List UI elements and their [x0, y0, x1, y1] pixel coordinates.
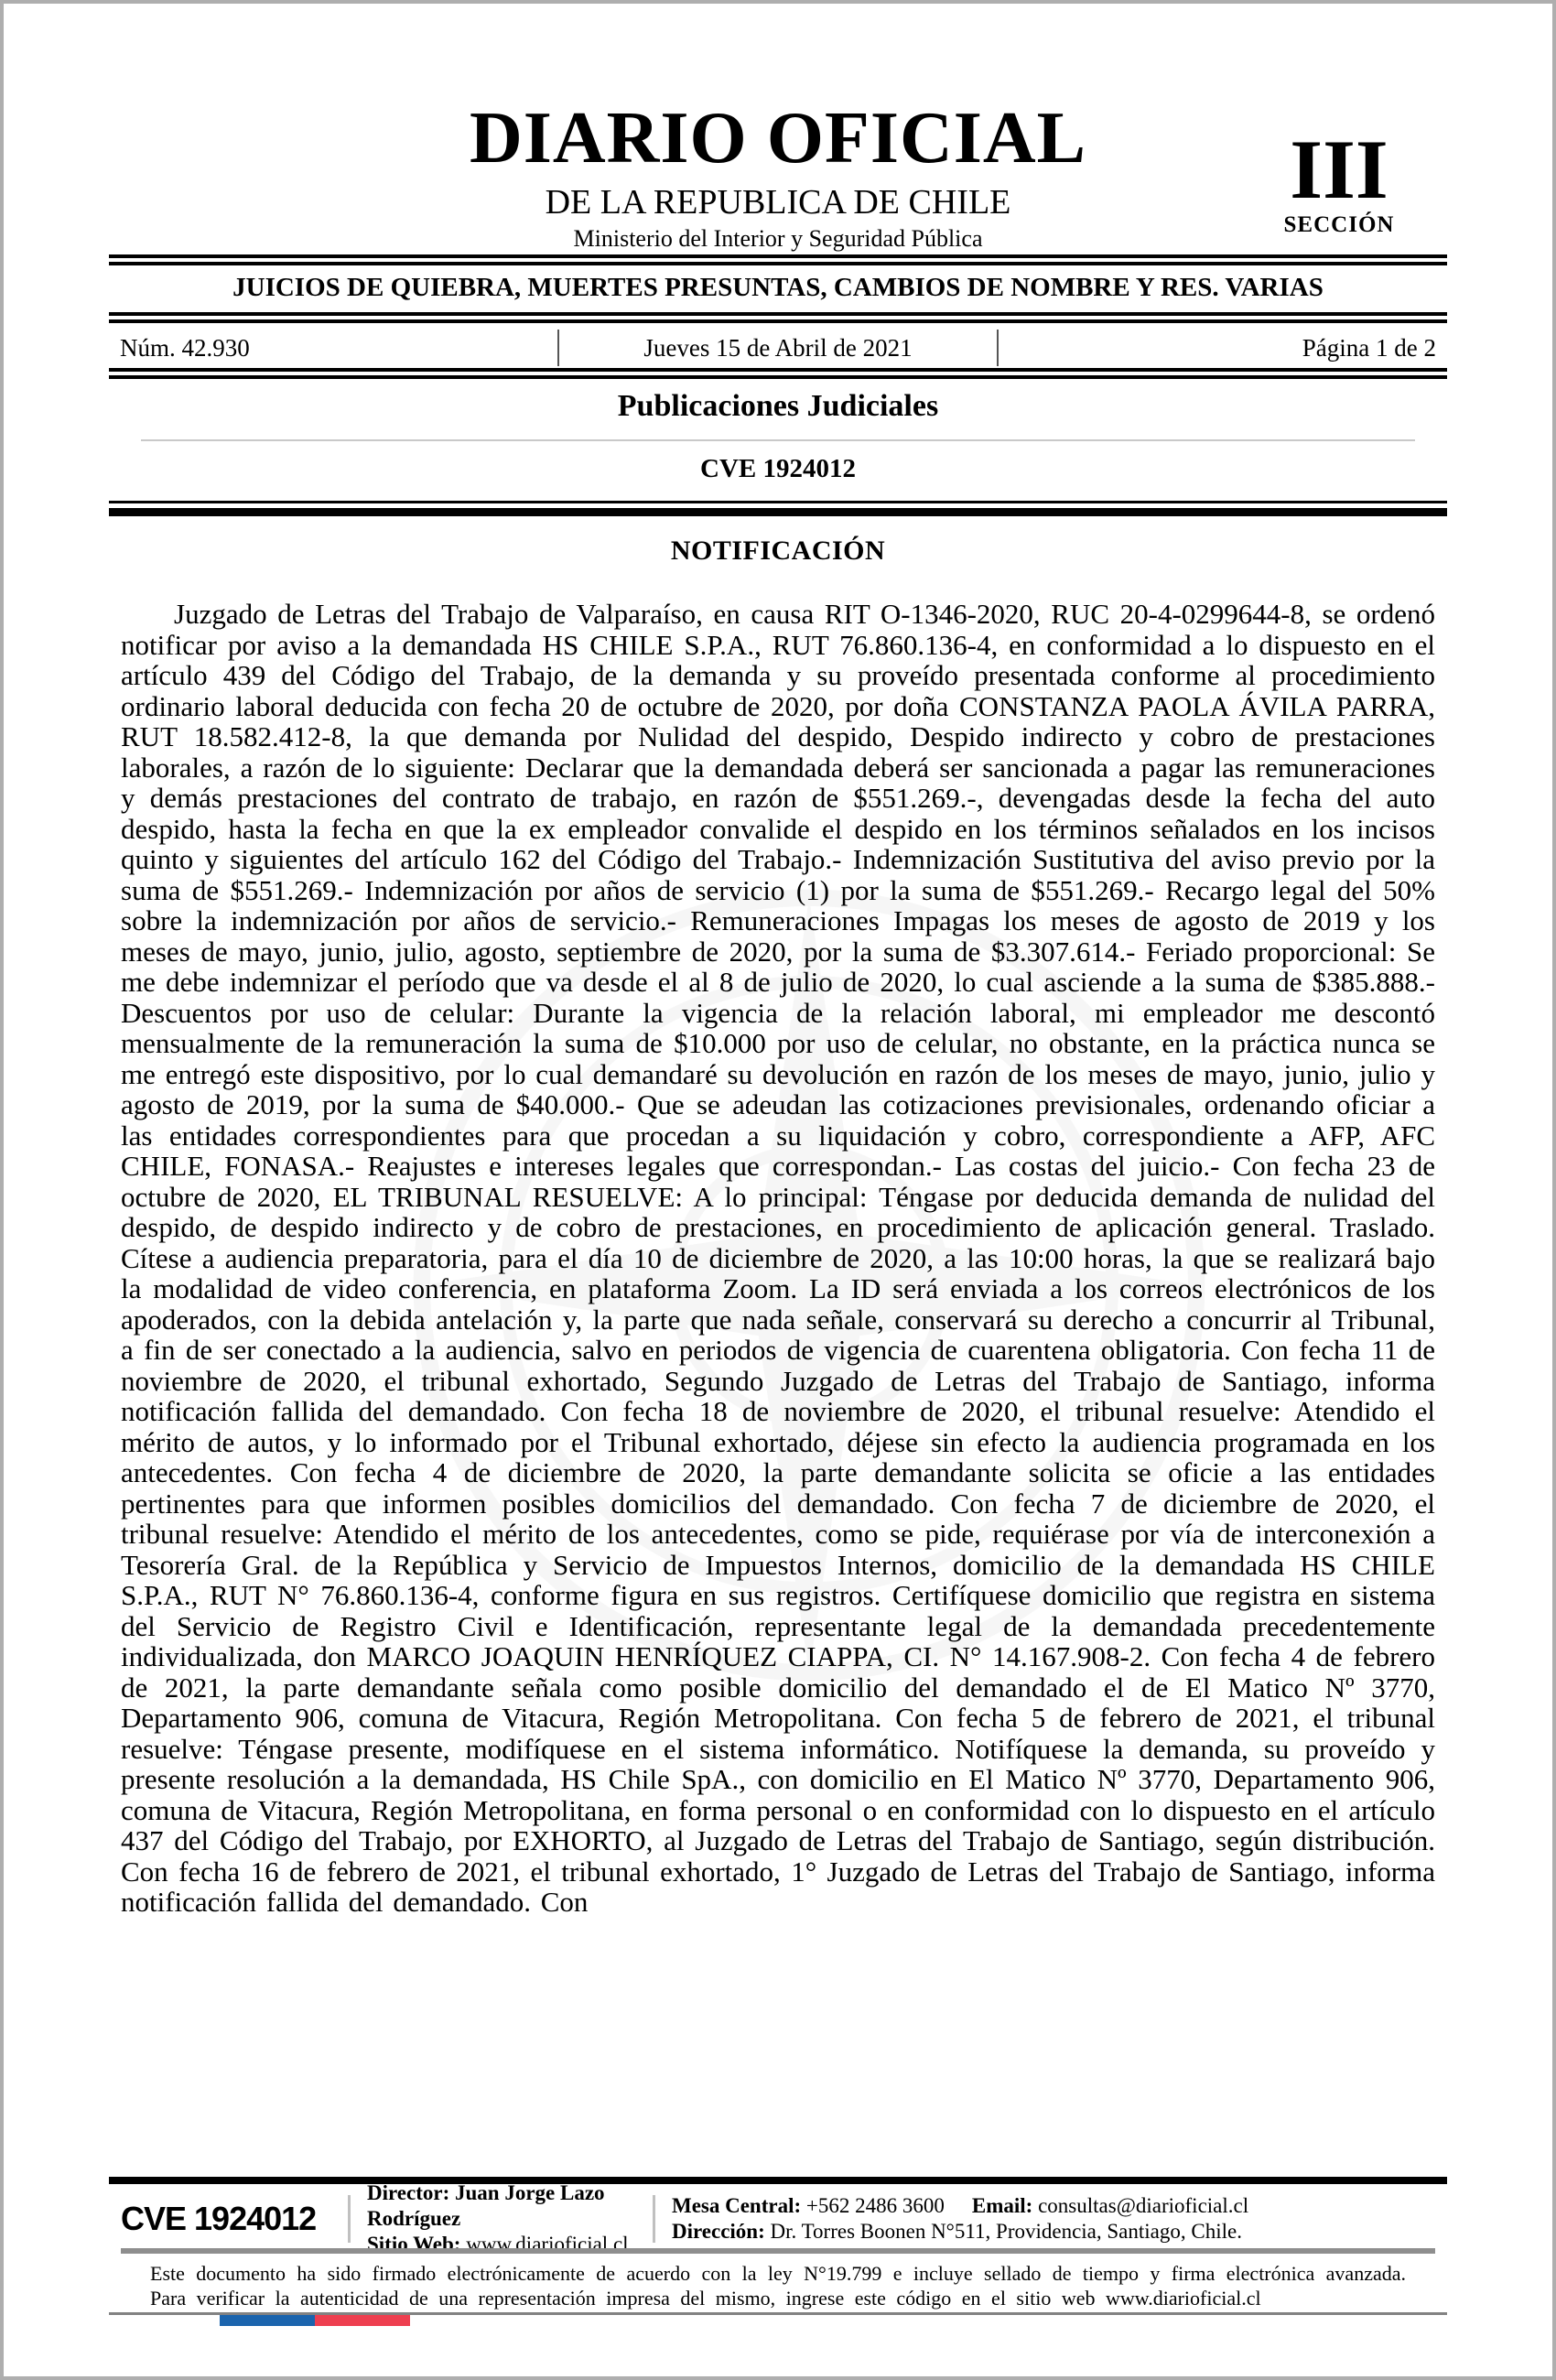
footer-director-block: Director: Juan Jorge Lazo Rodríguez Siti…	[351, 2180, 653, 2257]
phone-number: +562 2486 3600	[806, 2194, 945, 2217]
footer-info-bar: CVE 1924012 Director: Juan Jorge Lazo Ro…	[121, 2191, 1435, 2246]
address-line: Dirección: Dr. Torres Boonen N°511, Prov…	[672, 2219, 1435, 2245]
double-rule-bottom	[109, 368, 1447, 379]
flag-red-segment	[315, 2315, 410, 2326]
category-band-title: JUICIOS DE QUIEBRA, MUERTES PRESUNTAS, C…	[109, 271, 1447, 304]
section-label: SECCIÓN	[1243, 212, 1435, 238]
cve-code-heading: CVE 1924012	[4, 452, 1552, 485]
footer-top-rule	[109, 2177, 1447, 2184]
footer-contact-block: Mesa Central: +562 2486 3600Email: consu…	[655, 2193, 1435, 2245]
issue-number: Núm. 42.930	[109, 334, 557, 362]
page-indicator: Página 1 de 2	[999, 334, 1447, 362]
director-label: Director:	[367, 2181, 449, 2204]
director-line: Director: Juan Jorge Lazo Rodríguez	[367, 2180, 653, 2232]
thin-gray-rule	[141, 439, 1415, 441]
issue-date: Jueves 15 de Abril de 2021	[559, 334, 997, 362]
section-box: III SECCIÓN	[1243, 130, 1435, 238]
email-address: consultas@diarioficial.cl	[1038, 2194, 1248, 2217]
thick-black-rule	[109, 508, 1447, 516]
gazette-page: DIARIO OFICIAL DE LA REPUBLICA DE CHILE …	[0, 0, 1556, 2380]
notice-body: Juzgado de Letras del Trabajo de Valpara…	[121, 599, 1435, 1918]
issue-info-row: Núm. 42.930 Jueves 15 de Abril de 2021 P…	[109, 328, 1447, 368]
section-number: III	[1243, 130, 1435, 209]
flag-blue-segment	[220, 2315, 315, 2326]
footer-gray-rule	[121, 2248, 1435, 2254]
legal-notice: Este documento ha sido firmado electróni…	[150, 2261, 1406, 2310]
thin-black-rule	[109, 501, 1447, 503]
notice-heading: NOTIFICACIÓN	[4, 535, 1552, 568]
double-rule-top	[109, 254, 1447, 265]
address-label: Dirección:	[672, 2220, 765, 2243]
phone-label: Mesa Central:	[672, 2194, 801, 2217]
address-value: Dr. Torres Boonen N°511, Providencia, Sa…	[771, 2220, 1242, 2243]
section-heading: Publicaciones Judiciales	[4, 388, 1552, 425]
email-label: Email:	[972, 2194, 1032, 2217]
chile-flag-bar	[220, 2315, 410, 2326]
phone-email-line: Mesa Central: +562 2486 3600Email: consu…	[672, 2193, 1435, 2219]
footer-cve-code: CVE 1924012	[121, 2200, 348, 2238]
double-rule-mid	[109, 312, 1447, 323]
